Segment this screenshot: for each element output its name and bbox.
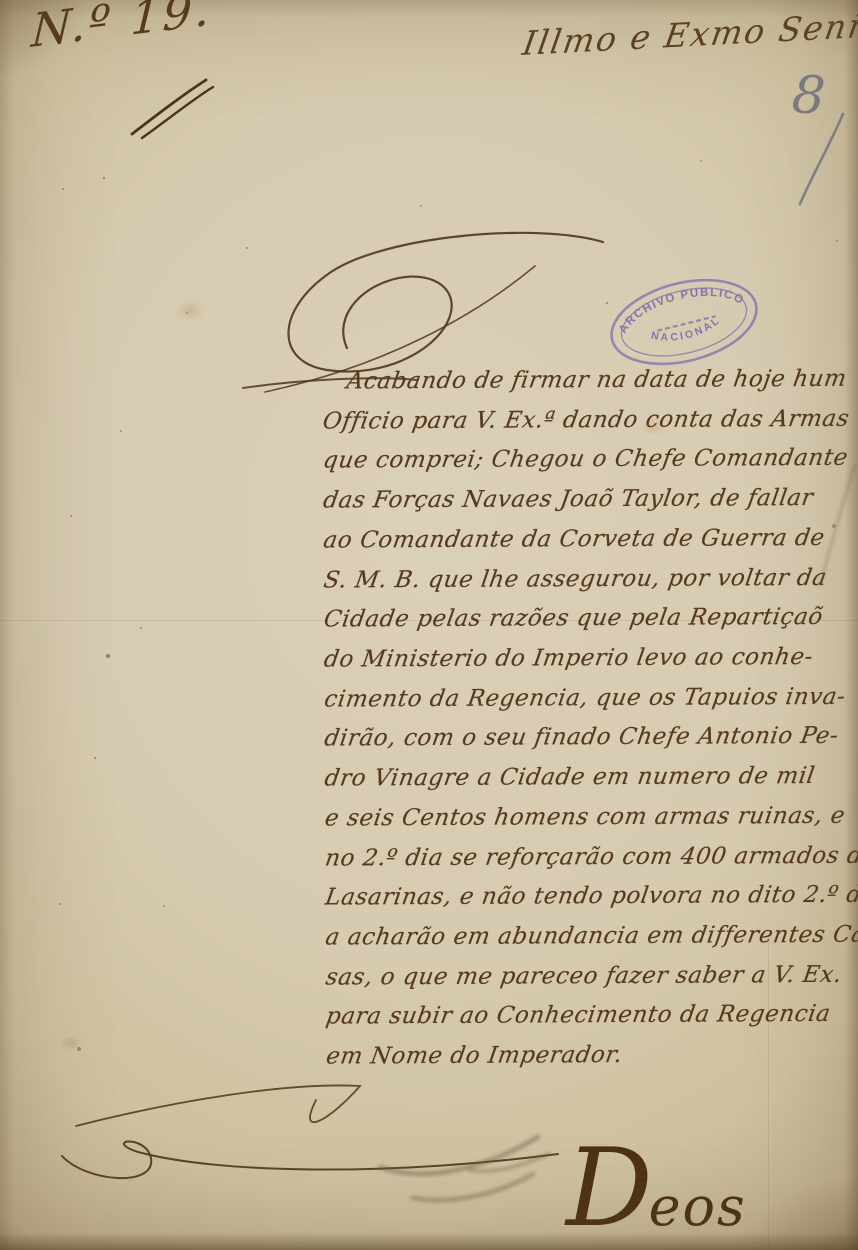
- body-line: das Forças Navaes Joaõ Taylor, de fallar: [321, 485, 815, 514]
- manuscript-page: N.º 19. Illmo e Exmo Senr̃. 8 ARCHIVO PU…: [0, 0, 858, 1250]
- body-line: no 2.º dia se reforçarão com 400 armados…: [323, 843, 858, 872]
- body-line: dirão, com o seu finado Chefe Antonio Pe…: [323, 723, 841, 752]
- body-line: Lasarinas, e não tendo polvora no dito 2…: [323, 882, 858, 911]
- body-line: e seis Centos homens com armas ruinas, e: [323, 803, 847, 832]
- body-line: S. M. B. que lhe assegurou, por voltar d…: [322, 565, 829, 594]
- body-line: sas, o que me pareceo fazer saber a V. E…: [324, 962, 844, 991]
- ink-bleedthrough: [368, 1112, 553, 1217]
- letter-body: Acabando de firmar na data de hoje hum O…: [0, 0, 858, 1250]
- closing-word: Deos: [566, 1126, 747, 1250]
- body-line: dro Vinagre a Cidade em numero de mil: [323, 763, 817, 792]
- body-line: ao Comandante da Corveta de Guerra de: [322, 525, 827, 554]
- body-line: Officio para V. Ex.ª dando conta das Arm…: [321, 406, 851, 435]
- body-line: em Nome do Imperador.: [324, 1042, 624, 1070]
- closing-word-initial: D: [566, 1126, 649, 1250]
- body-line: a acharão em abundancia em differentes C…: [324, 922, 858, 951]
- closing-word-rest: eos: [649, 1175, 747, 1238]
- body-line: cimento da Regencia, que os Tapuios inva…: [322, 684, 847, 713]
- body-line: Acabando de firmar na data de hoje hum: [345, 366, 849, 395]
- body-line: do Ministerio do Imperio levo ao conhe-: [322, 644, 815, 673]
- ink-bleedthrough: [815, 460, 858, 590]
- body-line: para subir ao Conhecimento da Regencia: [324, 1001, 832, 1030]
- body-line: Cidade pelas razões que pela Repartiçaõ: [322, 604, 825, 633]
- body-line: que comprei; Chegou o Chefe Comandante: [321, 445, 850, 474]
